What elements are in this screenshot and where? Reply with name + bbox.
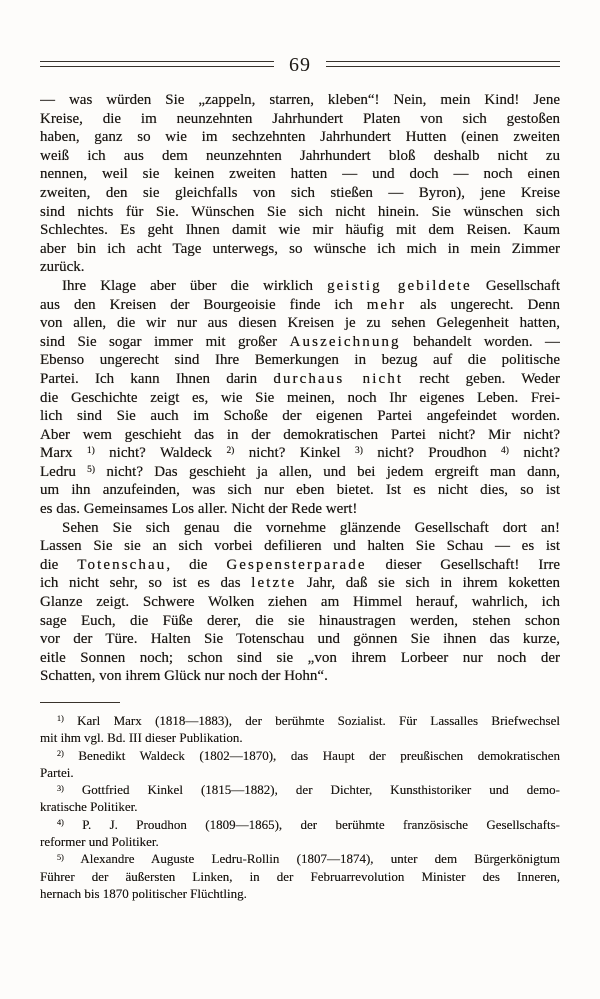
text-line: aber bin ich acht Tage unterwegs, so wün… xyxy=(40,240,560,259)
text-segment: die xyxy=(40,557,77,573)
text-segment: die Geschichte zeigt es, wie Sie meinen,… xyxy=(40,390,560,406)
text-segment: mit ihm vgl. Bd. III dieser Publikation. xyxy=(40,730,243,745)
text-line: von allen, die wir nur aus diesen Kreise… xyxy=(40,314,560,333)
footnote-ref: 2) xyxy=(57,749,64,758)
text-line: vor der Türe. Halten Sie Totenschau und … xyxy=(40,630,560,649)
text-segment: Marx xyxy=(40,445,87,461)
footnote-ref: 4) xyxy=(501,446,509,456)
text-segment: Schatten, von ihrem Glück nur noch der H… xyxy=(40,668,328,684)
text-line: haben, ganz so wie im sechzehnten Jahrhu… xyxy=(40,128,560,147)
footnotes: 1) Karl Marx (1818—1883), der berühmte S… xyxy=(40,712,560,902)
text-line: nennen, weil sie keinen zweiten hatten —… xyxy=(40,165,560,184)
text-line: 4) P. J. Proudhon (1809—1865), der berüh… xyxy=(40,816,560,833)
text-line: die Totenschau, die Gespensterparade die… xyxy=(40,556,560,575)
text-line: aus den Kreisen der Bourgeoisie finde ic… xyxy=(40,296,560,315)
text-line: hernach bis 1870 politischer Flüchtling. xyxy=(40,885,560,902)
text-line: Ledru 5) nicht? Das geschieht ja allen, … xyxy=(40,463,560,482)
paragraph: — was würden Sie „zappeln, starren, kleb… xyxy=(40,91,560,277)
text-segment: vor der Türe. Halten Sie Totenschau und … xyxy=(40,631,560,647)
text-segment: nicht? Proudhon xyxy=(363,445,501,461)
text-segment: durchaus nicht xyxy=(273,371,403,387)
header-rule-left xyxy=(40,61,274,67)
text-segment: nicht? xyxy=(509,445,560,461)
text-segment: Benedikt Waldeck (1802—1870), das Haupt … xyxy=(64,748,560,763)
text-line: 1) Karl Marx (1818—1883), der berühmte S… xyxy=(40,712,560,729)
text-line: 2) Benedikt Waldeck (1802—1870), das Hau… xyxy=(40,747,560,764)
text-line: Marx 1) nicht? Waldeck 2) nicht? Kinkel … xyxy=(40,444,560,463)
text-segment: Aber wem geschieht das in der demokratis… xyxy=(40,427,560,443)
text-line: Kreise, die im neunzehnten Jahrhundert P… xyxy=(40,110,560,129)
text-segment: mehr xyxy=(367,297,406,313)
text-segment: Auszeichnung xyxy=(290,334,401,350)
paragraph: Ihre Klage aber über die wirklich geisti… xyxy=(40,277,560,519)
text-line: weiß ich aus dem neunzehnten Jahrhundert… xyxy=(40,147,560,166)
text-segment: Partei. Ich kann Ihnen darin xyxy=(40,371,273,387)
text-segment: ich nicht sehr, so ist es das xyxy=(40,575,251,591)
footnote-ref: 3) xyxy=(355,446,363,456)
text-line: Lassen Sie sie an sich vorbei defilieren… xyxy=(40,537,560,556)
text-segment: um ihn anzufeinden, was sich nur eben bi… xyxy=(40,482,560,498)
text-segment: Alexandre Auguste Ledru-Rollin (1807—187… xyxy=(64,851,560,866)
footnote-ref: 2) xyxy=(226,446,234,456)
text-segment: Totenschau xyxy=(77,557,166,573)
footnote: 1) Karl Marx (1818—1883), der berühmte S… xyxy=(40,712,560,747)
text-segment: sind Sie sogar immer mit großer xyxy=(40,334,290,350)
text-segment: nicht? Waldeck xyxy=(95,445,227,461)
text-segment: reformer und Politiker. xyxy=(40,834,159,849)
text-segment: Führer der äußersten Linken, in der Febr… xyxy=(40,869,560,884)
text-segment: geistig gebildete xyxy=(327,278,472,294)
text-line: sind nichts für Sie. Wünschen Sie sich n… xyxy=(40,203,560,222)
text-segment: zurück. xyxy=(40,259,85,275)
text-line: Partei. xyxy=(40,764,560,781)
text-segment: , die xyxy=(166,557,226,573)
text-segment: — was würden Sie „zappeln, starren, kleb… xyxy=(40,92,560,108)
text-segment: sind nichts für Sie. Wünschen Sie sich n… xyxy=(40,204,560,220)
text-segment: dieser Gesellschaft! Irre xyxy=(367,557,560,573)
text-segment: kratische Politiker. xyxy=(40,799,137,814)
text-line: Glanze zeigt. Schwere Wolken ziehen am H… xyxy=(40,593,560,612)
text-segment: weiß ich aus dem neunzehnten Jahrhundert… xyxy=(40,148,560,164)
text-line: mit ihm vgl. Bd. III dieser Publikation. xyxy=(40,729,560,746)
text-line: 3) Gottfried Kinkel (1815—1882), der Dic… xyxy=(40,781,560,798)
text-line: — was würden Sie „zappeln, starren, kleb… xyxy=(40,91,560,110)
text-segment: als ungerecht. Denn xyxy=(406,297,560,313)
text-segment: Glanze zeigt. Schwere Wolken ziehen am H… xyxy=(40,594,560,610)
running-head: 69 xyxy=(40,50,560,78)
text-line: Führer der äußersten Linken, in der Febr… xyxy=(40,868,560,885)
text-line: es das. Gemeinsames Los aller. Nicht der… xyxy=(40,500,560,519)
text-line: 5) Alexandre Auguste Ledru-Rollin (1807—… xyxy=(40,850,560,867)
text-line: zurück. xyxy=(40,258,560,277)
text-line: Aber wem geschieht das in der demokratis… xyxy=(40,426,560,445)
body-text: — was würden Sie „zappeln, starren, kleb… xyxy=(40,91,560,686)
text-line: um ihn anzufeinden, was sich nur eben bi… xyxy=(40,481,560,500)
text-line: Partei. Ich kann Ihnen darin durchaus ni… xyxy=(40,370,560,389)
text-segment: Ledru xyxy=(40,464,87,480)
text-segment: nicht? Das geschieht ja allen, und bei j… xyxy=(95,464,560,480)
text-line: ich nicht sehr, so ist es das letzte Jah… xyxy=(40,574,560,593)
text-segment: Schlechtes. Es geht Ihnen damit wie mir … xyxy=(40,222,560,238)
text-segment: Gespensterparade xyxy=(226,557,366,573)
text-line: Ihre Klage aber über die wirklich geisti… xyxy=(40,277,560,296)
text-segment: Kreise, die im neunzehnten Jahrhundert P… xyxy=(40,111,560,127)
text-segment: Karl Marx (1818—1883), der berühmte Sozi… xyxy=(64,713,560,728)
paragraph: Sehen Sie sich genau die vornehme glänze… xyxy=(40,519,560,686)
text-segment: aber bin ich acht Tage unterwegs, so wün… xyxy=(40,241,560,257)
text-segment: behandelt worden. — xyxy=(401,334,560,350)
text-segment: nennen, weil sie keinen zweiten hatten —… xyxy=(40,166,560,182)
text-line: sage Euch, die Füße derer, die sie hinau… xyxy=(40,612,560,631)
footnote-separator xyxy=(40,702,120,703)
header-rule-right xyxy=(326,61,560,67)
text-segment: letzte xyxy=(251,575,296,591)
text-segment: Jahr, daß sie sich in ihrem koketten xyxy=(296,575,560,591)
text-segment: Ihre Klage aber über die wirklich xyxy=(62,278,327,294)
text-segment: eitle Sonnen noch; schon sind sie „von i… xyxy=(40,650,560,666)
text-segment: Sehen Sie sich genau die vornehme glänze… xyxy=(62,520,560,536)
text-segment: aus den Kreisen der Bourgeoisie finde ic… xyxy=(40,297,367,313)
footnote: 4) P. J. Proudhon (1809—1865), der berüh… xyxy=(40,816,560,851)
text-segment: Lassen Sie sie an sich vorbei defilieren… xyxy=(40,538,560,554)
text-segment: recht geben. Weder xyxy=(403,371,560,387)
text-line: lich sind Sie auch im Schoße der eigenen… xyxy=(40,407,560,426)
text-segment: lich sind Sie auch im Schoße der eigenen… xyxy=(40,408,560,424)
text-line: Schlechtes. Es geht Ihnen damit wie mir … xyxy=(40,221,560,240)
text-line: Schatten, von ihrem Glück nur noch der H… xyxy=(40,667,560,686)
text-segment: sage Euch, die Füße derer, die sie hinau… xyxy=(40,613,560,629)
text-segment: zweiten, den sie gleichfalls von sich st… xyxy=(40,185,560,201)
footnote-ref: 1) xyxy=(87,446,95,456)
footnote-ref: 5) xyxy=(57,853,64,862)
text-line: die Geschichte zeigt es, wie Sie meinen,… xyxy=(40,389,560,408)
text-segment: Ebenso ungerecht sind Ihre Bemerkungen i… xyxy=(40,352,560,368)
text-segment: Partei. xyxy=(40,765,74,780)
text-line: sind Sie sogar immer mit großer Auszeich… xyxy=(40,333,560,352)
text-line: zweiten, den sie gleichfalls von sich st… xyxy=(40,184,560,203)
footnote: 2) Benedikt Waldeck (1802—1870), das Hau… xyxy=(40,747,560,782)
text-segment: hernach bis 1870 politischer Flüchtling. xyxy=(40,886,247,901)
text-segment: von allen, die wir nur aus diesen Kreise… xyxy=(40,315,560,331)
footnote-ref: 3) xyxy=(57,784,64,793)
book-page: 69 — was würden Sie „zappeln, starren, k… xyxy=(0,0,600,999)
text-segment: nicht? Kinkel xyxy=(234,445,355,461)
footnote-ref: 1) xyxy=(57,714,64,723)
text-line: Sehen Sie sich genau die vornehme glänze… xyxy=(40,519,560,538)
footnote-ref: 5) xyxy=(87,465,95,475)
text-line: kratische Politiker. xyxy=(40,798,560,815)
footnote: 5) Alexandre Auguste Ledru-Rollin (1807—… xyxy=(40,850,560,902)
text-line: reformer und Politiker. xyxy=(40,833,560,850)
text-line: eitle Sonnen noch; schon sind sie „von i… xyxy=(40,649,560,668)
text-segment: es das. Gemeinsames Los aller. Nicht der… xyxy=(40,501,357,517)
footnote: 3) Gottfried Kinkel (1815—1882), der Dic… xyxy=(40,781,560,816)
text-segment: haben, ganz so wie im sechzehnten Jahrhu… xyxy=(40,129,560,145)
text-line: Ebenso ungerecht sind Ihre Bemerkungen i… xyxy=(40,351,560,370)
text-segment: P. J. Proudhon (1809—1865), der berühmte… xyxy=(64,817,560,832)
page-number: 69 xyxy=(289,55,311,75)
text-segment: Gesellschaft xyxy=(472,278,560,294)
footnote-ref: 4) xyxy=(57,818,64,827)
text-segment: Gottfried Kinkel (1815—1882), der Dichte… xyxy=(64,782,560,797)
